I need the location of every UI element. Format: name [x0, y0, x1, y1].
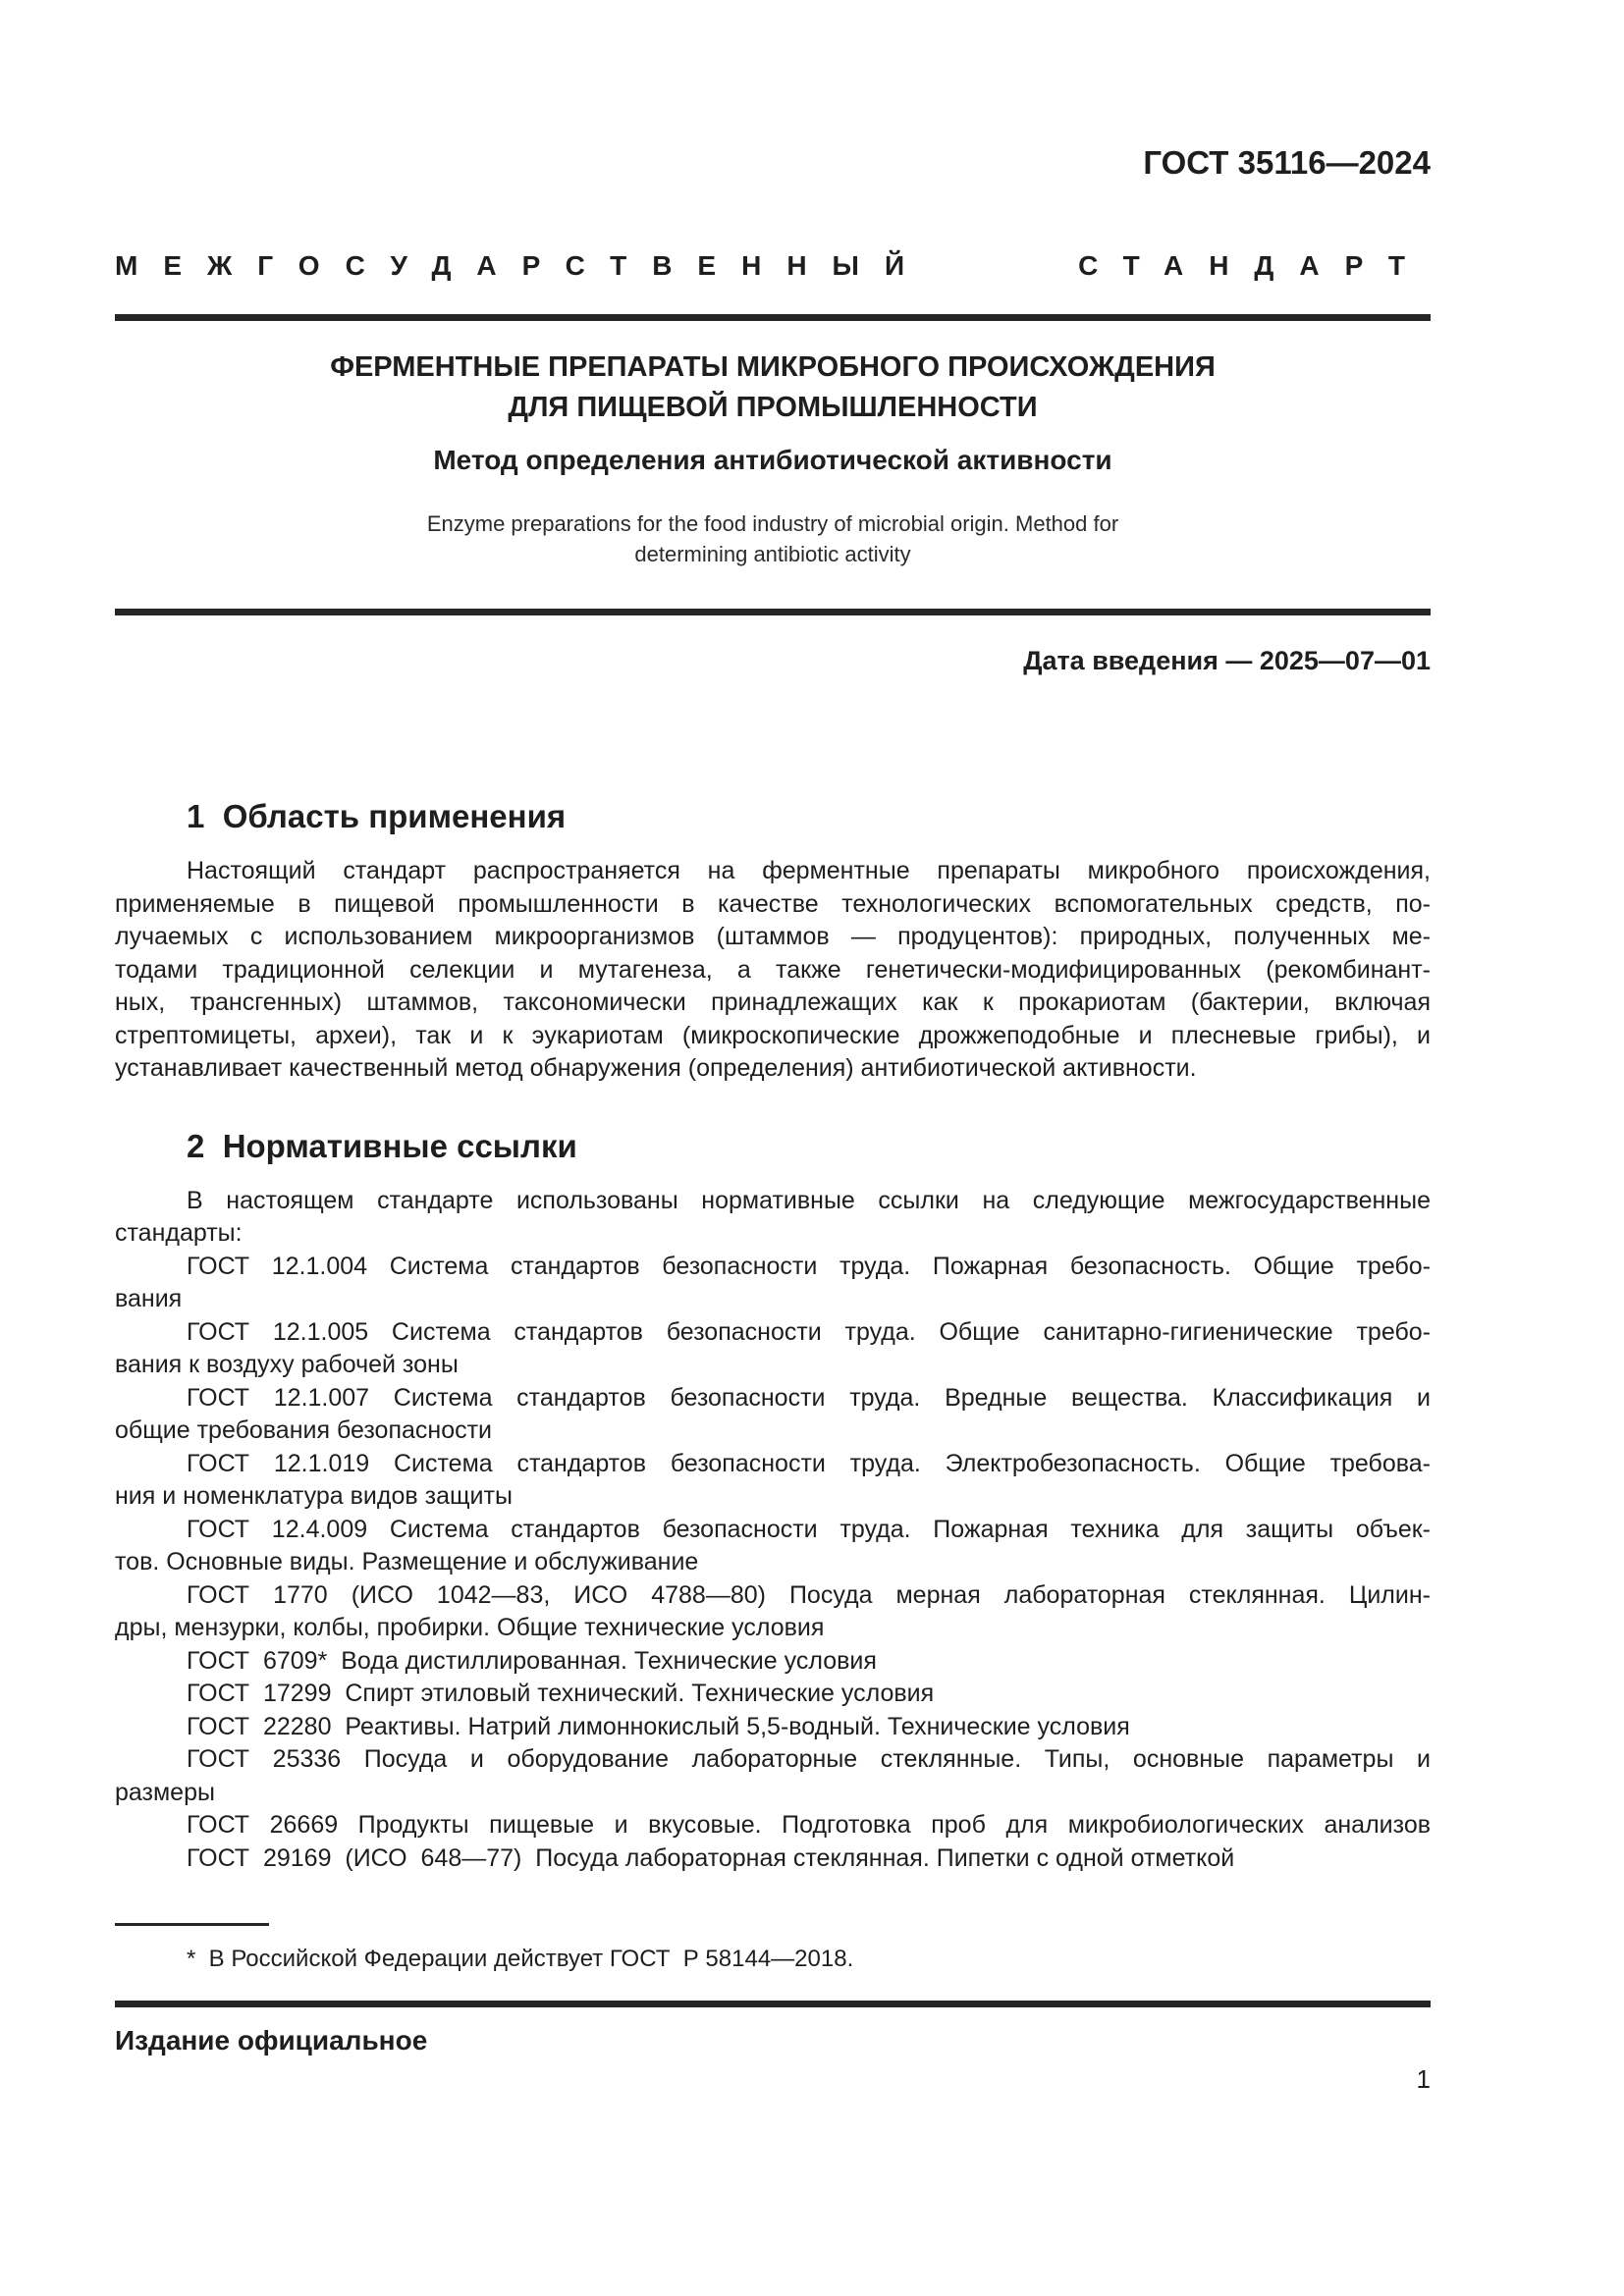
text-line: тодами традиционной селекции и мутагенез… — [115, 954, 1431, 988]
paragraph: ГОСТ 26669 Продукты пищевые и вкусовые. … — [115, 1809, 1431, 1842]
text-line: ных, трансгенных) штаммов, таксономическ… — [115, 987, 1431, 1020]
paragraph: ГОСТ 12.1.004 Система стандартов безопас… — [115, 1251, 1431, 1316]
text-line: ГОСТ 6709* Вода дистиллированная. Технич… — [115, 1645, 1431, 1679]
standard-title-en-line1: Enzyme preparations for the food industr… — [115, 508, 1431, 539]
text-line: ния и номенклатура видов защиты — [115, 1480, 1431, 1514]
text-line: ГОСТ 17299 Спирт этиловый технический. Т… — [115, 1678, 1431, 1711]
section-heading: 2 Нормативные ссылки — [115, 1125, 1431, 1168]
text-line: общие требования безопасности — [115, 1415, 1431, 1448]
sections: 1 Область примененияНастоящий стандарт р… — [115, 795, 1431, 1875]
text-line: ГОСТ 22280 Реактивы. Натрий лимоннокислы… — [115, 1711, 1431, 1744]
paragraph: ГОСТ 1770 (ИСО 1042—83, ИСО 4788—80) Пос… — [115, 1579, 1431, 1645]
text-line: тов. Основные виды. Размещение и обслужи… — [115, 1546, 1431, 1579]
paragraph: ГОСТ 12.1.019 Система стандартов безопас… — [115, 1448, 1431, 1514]
section-heading: 1 Область применения — [115, 795, 1431, 838]
paragraph: ГОСТ 17299 Спирт этиловый технический. Т… — [115, 1678, 1431, 1711]
standard-title-ru-line2: ДЛЯ ПИЩЕВОЙ ПРОМЫШЛЕННОСТИ — [115, 388, 1431, 428]
standard-title-en-line2: determining antibiotic activity — [115, 539, 1431, 569]
doc-number: ГОСТ 35116—2024 — [115, 143, 1431, 183]
paragraph: ГОСТ 12.1.005 Система стандартов безопас… — [115, 1316, 1431, 1382]
paragraph: ГОСТ 22280 Реактивы. Натрий лимоннокислы… — [115, 1711, 1431, 1744]
paragraph: ГОСТ 25336 Посуда и оборудование лаборат… — [115, 1743, 1431, 1809]
text-line: вания — [115, 1283, 1431, 1316]
paragraph: Настоящий стандарт распространяется на ф… — [115, 855, 1431, 1086]
paragraph: ГОСТ 12.1.007 Система стандартов безопас… — [115, 1382, 1431, 1448]
text-line: ГОСТ 26669 Продукты пищевые и вкусовые. … — [115, 1809, 1431, 1842]
standard-title-en: Enzyme preparations for the food industr… — [115, 508, 1431, 569]
text-line: размеры — [115, 1777, 1431, 1810]
text-line: ГОСТ 12.4.009 Система стандартов безопас… — [115, 1514, 1431, 1547]
text-line: устанавливает качественный метод обнаруж… — [115, 1052, 1431, 1086]
text-line: лучаемых с использованием микроорганизмо… — [115, 921, 1431, 954]
text-line: ГОСТ 12.1.007 Система стандартов безопас… — [115, 1382, 1431, 1415]
paragraph: В настоящем стандарте использованы норма… — [115, 1185, 1431, 1251]
standard-title-ru: ФЕРМЕНТНЫЕ ПРЕПАРАТЫ МИКРОБНОГО ПРОИСХОЖ… — [115, 347, 1431, 428]
title-block-rule — [115, 609, 1431, 615]
page-number: 1 — [115, 2063, 1431, 2095]
text-line: стандарты: — [115, 1217, 1431, 1251]
text-line: применяемые в пищевой промышленности в к… — [115, 888, 1431, 922]
text-line: В настоящем стандарте использованы норма… — [115, 1185, 1431, 1218]
text-line: ГОСТ 29169 (ИСО 648—77) Посуда лаборатор… — [115, 1842, 1431, 1876]
section: 2 Нормативные ссылкиВ настоящем стандарт… — [115, 1125, 1431, 1876]
header-rule — [115, 314, 1431, 321]
text-line: стрептомицеты, археи), так и к эукариота… — [115, 1020, 1431, 1053]
section: 1 Область примененияНастоящий стандарт р… — [115, 795, 1431, 1086]
text-line: ГОСТ 12.1.004 Система стандартов безопас… — [115, 1251, 1431, 1284]
text-line: ГОСТ 12.1.019 Система стандартов безопас… — [115, 1448, 1431, 1481]
footer-rule — [115, 2001, 1431, 2007]
paragraph: ГОСТ 29169 (ИСО 648—77) Посуда лаборатор… — [115, 1842, 1431, 1876]
footnote-text: * В Российской Федерации действует ГОСТ … — [115, 1944, 1431, 1974]
standard-subtitle-ru: Метод определения антибиотической активн… — [115, 444, 1431, 477]
paragraph: ГОСТ 6709* Вода дистиллированная. Технич… — [115, 1645, 1431, 1679]
standard-type-heading: МЕЖГОСУДАРСТВЕННЫЙ СТАНДАРТ — [115, 249, 1431, 283]
standard-title-ru-line1: ФЕРМЕНТНЫЕ ПРЕПАРАТЫ МИКРОБНОГО ПРОИСХОЖ… — [115, 347, 1431, 388]
document-page: ГОСТ 35116—2024 МЕЖГОСУДАРСТВЕННЫЙ СТАНД… — [0, 0, 1624, 2296]
text-line: вания к воздуху рабочей зоны — [115, 1349, 1431, 1382]
text-line: Настоящий стандарт распространяется на ф… — [115, 855, 1431, 888]
effective-date: Дата введения — 2025—07—01 — [115, 644, 1431, 677]
text-line: дры, мензурки, колбы, пробирки. Общие те… — [115, 1612, 1431, 1645]
footnote-rule — [115, 1923, 269, 1926]
edition-note: Издание официальное — [115, 2024, 1431, 2057]
text-line: ГОСТ 1770 (ИСО 1042—83, ИСО 4788—80) Пос… — [115, 1579, 1431, 1613]
text-line: ГОСТ 25336 Посуда и оборудование лаборат… — [115, 1743, 1431, 1777]
paragraph: ГОСТ 12.4.009 Система стандартов безопас… — [115, 1514, 1431, 1579]
text-line: ГОСТ 12.1.005 Система стандартов безопас… — [115, 1316, 1431, 1350]
